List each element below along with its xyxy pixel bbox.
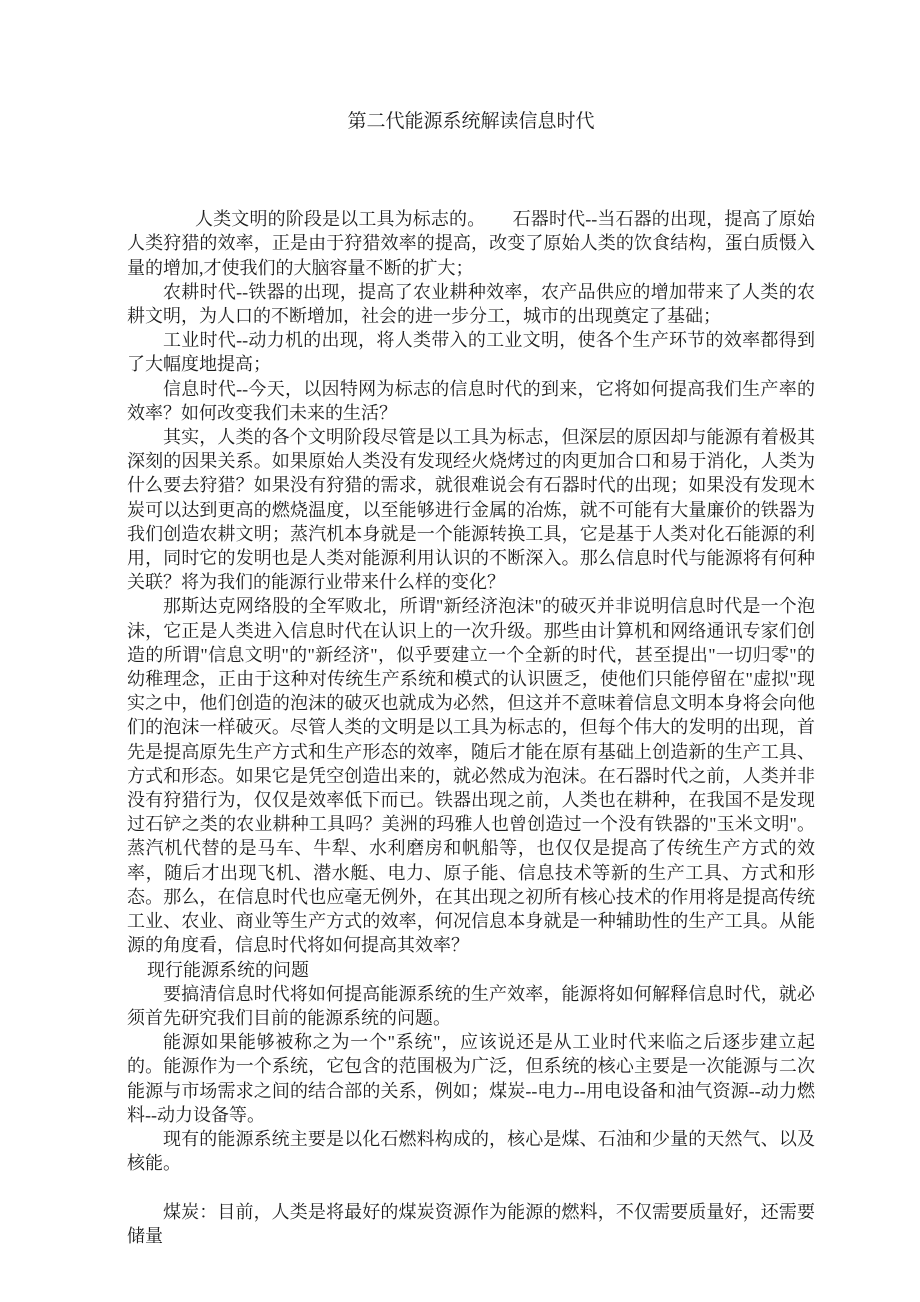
para-coal-intro: 煤炭：目前，人类是将最好的煤炭资源作为能源的燃料，不仅需要质量好，还需要储量 bbox=[127, 1200, 815, 1248]
para-industrial-age: 工业时代--动力机的出现，将人类带入的工业文明，使各个生产环节的效率都得到了大幅… bbox=[127, 328, 815, 376]
para-nasdaq-bubble: 那斯达克网络股的全军败北，所谓"新经济泡沫"的破灭并非说明信息时代是一个泡沫，它… bbox=[127, 594, 815, 957]
para-fossil-fuel-core: 现有的能源系统主要是以化石燃料构成的，核心是煤、石油和少量的天然气、以及核能。 bbox=[127, 1127, 815, 1175]
para-information-age: 信息时代--今天，以因特网为标志的信息时代的到来，它将如何提高我们生产率的效率？… bbox=[127, 377, 815, 425]
para-research-premise: 要搞清信息时代将如何提高能源系统的生产效率，能源将如何解释信息时代，就必须首先研… bbox=[127, 982, 815, 1030]
section-heading-current-energy-system: 现行能源系统的问题 bbox=[127, 958, 815, 982]
para-energy-as-system: 能源如果能够被称之为一个"系统"，应该说还是从工业时代来临之后逐步建立起的。能源… bbox=[127, 1030, 815, 1127]
para-energy-causality: 其实，人类的各个文明阶段尽管是以工具为标志，但深层的原因却与能源有着极其深刻的因… bbox=[127, 425, 815, 594]
para-tools-civilization-stone-age: 人类文明的阶段是以工具为标志的。 石器时代--当石器的出现，提高了原始人类狩猎的… bbox=[127, 207, 815, 280]
document-title: 第二代能源系统解读信息时代 bbox=[127, 110, 815, 134]
para-agricultural-age: 农耕时代--铁器的出现，提高了农业耕种效率，农产品供应的增加带来了人类的农耕文明… bbox=[127, 280, 815, 328]
document-page: 第二代能源系统解读信息时代 人类文明的阶段是以工具为标志的。 石器时代--当石器… bbox=[0, 0, 920, 1302]
document-body: 第二代能源系统解读信息时代 人类文明的阶段是以工具为标志的。 石器时代--当石器… bbox=[127, 110, 815, 1248]
